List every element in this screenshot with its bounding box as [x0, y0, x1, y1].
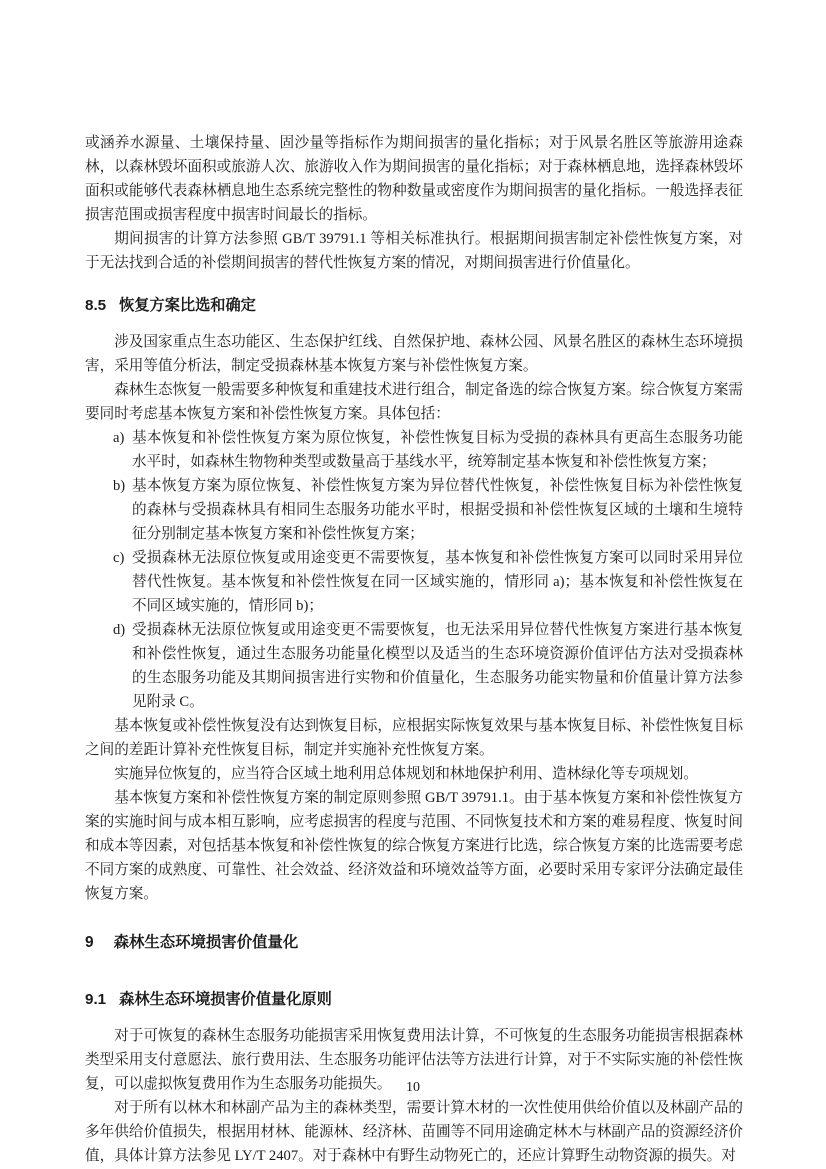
list-item-text: 受损森林无法原位恢复或用途变更不需要恢复，也无法采用异位替代性恢复方案进行基本恢… [132, 622, 743, 710]
paragraph: 期间损害的计算方法参照 GB/T 39791.1 等相关标准执行。根据期间损害制… [85, 227, 743, 275]
document-body: 或涵养水源量、土壤保持量、固沙量等指标作为期间损害的量化指标；对于风景名胜区等旅… [85, 131, 743, 1168]
paragraph: 森林生态恢复一般需要多种恢复和重建技术进行组合，制定备选的综合恢复方案。综合恢复… [85, 378, 743, 426]
list-item: a)基本恢复和补偿性恢复方案为原位恢复，补偿性恢复目标为受损的森林具有更高生态服… [85, 426, 743, 474]
paragraph: 或涵养水源量、土壤保持量、固沙量等指标作为期间损害的量化指标；对于风景名胜区等旅… [85, 131, 743, 227]
paragraph: 基本恢复或补偿性恢复没有达到恢复目标，应根据实际恢复效果与基本恢复目标、补偿性恢… [85, 714, 743, 762]
section-title: 恢复方案比选和确定 [119, 297, 256, 314]
paragraph: 基本恢复方案和补偿性恢复方案的制定原则参照 GB/T 39791.1。由于基本恢… [85, 786, 743, 906]
list-item-label: c) [113, 546, 124, 570]
paragraph: 实施异位恢复的，应当符合区域土地利用总体规划和林地保护利用、造林绿化等专项规划。 [85, 762, 743, 786]
paragraph: 涉及国家重点生态功能区、生态保护红线、自然保护地、森林公园、风景名胜区的森林生态… [85, 330, 743, 378]
list-item-text: 受损森林无法原位恢复或用途变更不需要恢复，基本恢复和补偿性恢复方案可以同时采用异… [132, 550, 743, 614]
section-title: 森林生态环境损害价值量化原则 [119, 991, 332, 1008]
list-item: d)受损森林无法原位恢复或用途变更不需要恢复，也无法采用异位替代性恢复方案进行基… [85, 618, 743, 714]
page-number: 10 [0, 1080, 826, 1096]
list-item: b)基本恢复方案为原位恢复、补偿性恢复方案为异位替代性恢复，补偿性恢复目标为补偿… [85, 474, 743, 546]
list-item-label: b) [113, 474, 125, 498]
section-heading: 8.5恢复方案比选和确定 [85, 296, 743, 316]
document-page: 或涵养水源量、土壤保持量、固沙量等指标作为期间损害的量化指标；对于风景名胜区等旅… [0, 0, 826, 1169]
list-item-text: 基本恢复方案为原位恢复、补偿性恢复方案为异位替代性恢复，补偿性恢复目标为补偿性恢… [132, 478, 743, 542]
list-item-label: d) [113, 618, 125, 642]
section-number: 9 [85, 934, 94, 951]
list-item: c)受损森林无法原位恢复或用途变更不需要恢复，基本恢复和补偿性恢复方案可以同时采… [85, 546, 743, 618]
section-number: 9.1 [85, 991, 106, 1008]
section-title: 森林生态环境损害价值量化 [114, 934, 299, 951]
list-item-label: a) [113, 426, 124, 450]
paragraph: 对于所有以林木和林副产品为主的森林类型，需要计算木材的一次性使用供给价值以及林副… [85, 1096, 743, 1168]
section-number: 8.5 [85, 297, 106, 314]
section-heading: 9.1森林生态环境损害价值量化原则 [85, 990, 743, 1010]
list-item-text: 基本恢复和补偿性恢复方案为原位恢复，补偿性恢复目标为受损的森林具有更高生态服务功… [132, 430, 743, 470]
section-heading: 9森林生态环境损害价值量化 [85, 933, 743, 953]
